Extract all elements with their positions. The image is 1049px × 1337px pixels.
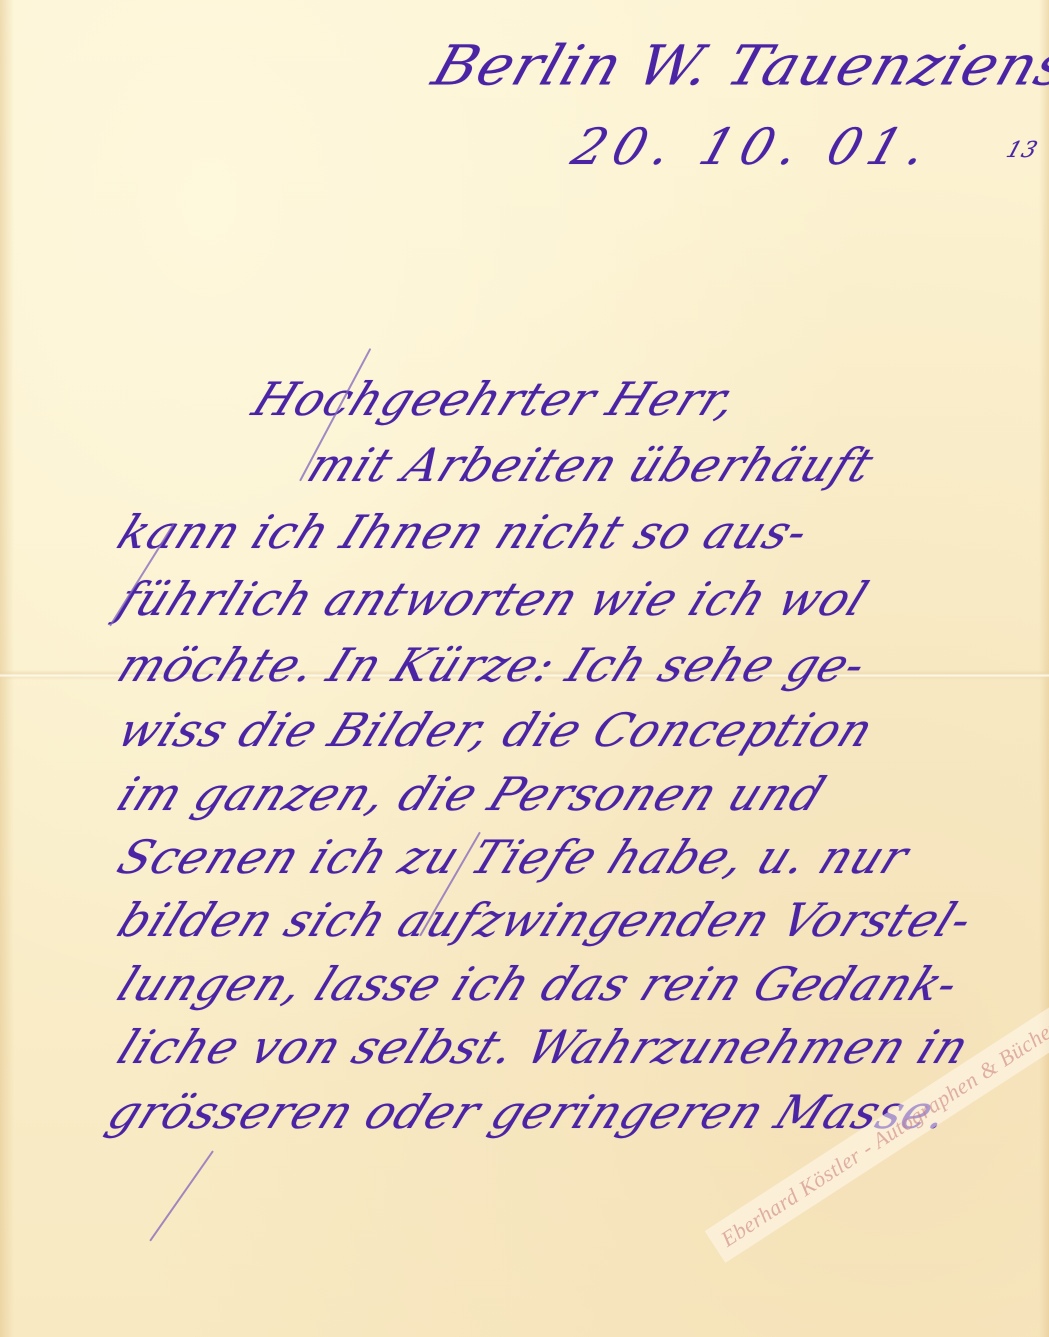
letter-heading-place: Berlin W. Tauenzienstr. (425, 33, 1049, 98)
ink-descender-stroke (149, 1150, 214, 1241)
letter-body-line-8: bilden sich aufzwingenden Vorstel- (110, 893, 981, 947)
letter-body-line-5: wiss die Bilder, die Conception (110, 703, 882, 757)
paper-left-edge (0, 0, 14, 1337)
letter-heading-house-number: 13 (1003, 138, 1041, 163)
letter-body-line-3: führlich antworten wie ich wol (110, 572, 877, 626)
paper-right-edge (1039, 0, 1049, 1337)
letter-body-line-1: mit Arbeiten überhäuft (300, 438, 882, 492)
letter-sheet: Berlin W. Tauenzienstr. 13 20. 10. 01. H… (0, 0, 1049, 1337)
letter-body-line-9: lungen, lasse ich das rein Gedank- (110, 957, 968, 1011)
letter-date: 20. 10. 01. (565, 118, 942, 176)
letter-body-line-7: Scenen ich zu Tiefe habe, u. nur (110, 830, 917, 884)
letter-body-line-6: im ganzen, die Personen und (110, 767, 834, 821)
letter-body-line-10: liche von selbst. Wahrzunehmen in (110, 1020, 978, 1074)
letter-body-line-4: möchte. In Kürze: Ich sehe ge- (110, 638, 875, 692)
letter-body-line-11: grösseren oder geringeren Masse. (100, 1085, 959, 1139)
letter-salutation: Hochgeehrter Herr, (245, 372, 747, 426)
letter-body-line-2: kann ich Ihnen nicht so aus- (110, 505, 818, 559)
